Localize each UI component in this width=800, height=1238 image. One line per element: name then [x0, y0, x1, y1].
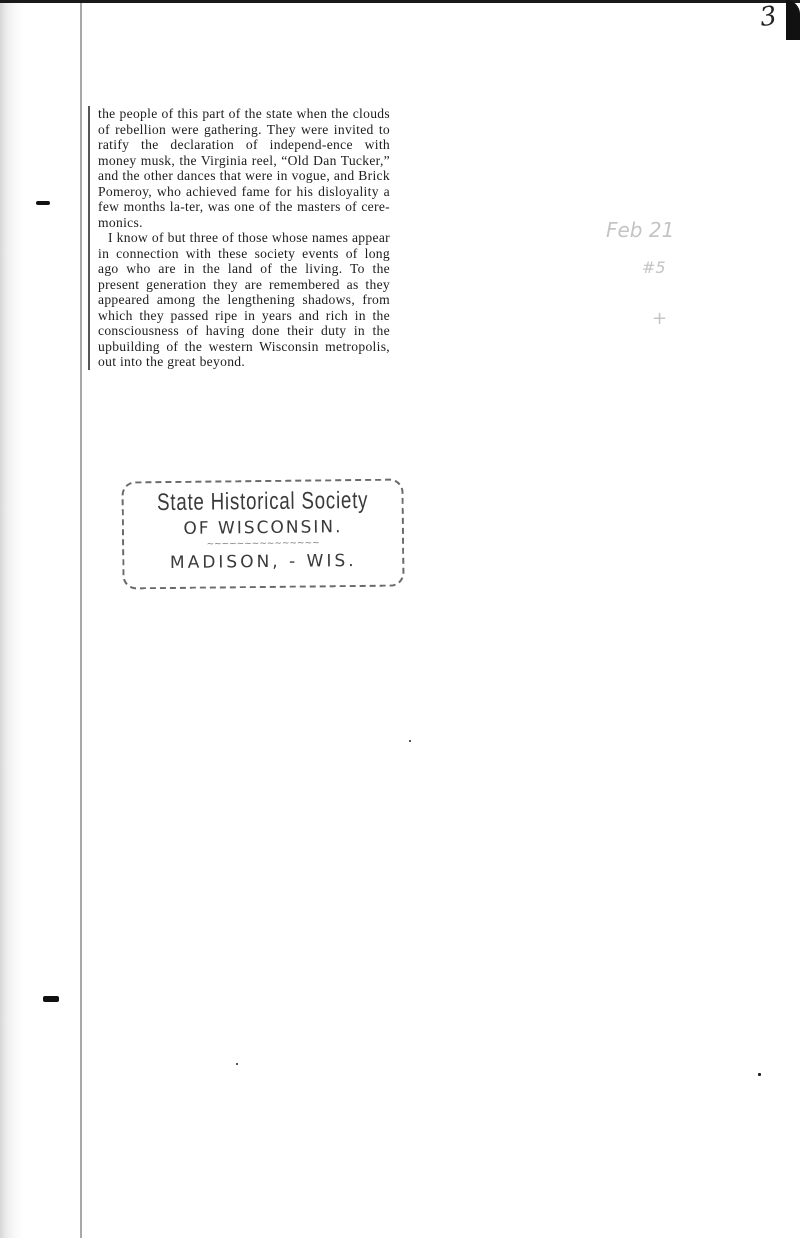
scan-speck — [758, 1073, 761, 1076]
article-paragraph-2: I know of but three of those whose names… — [98, 230, 390, 370]
scan-speck — [409, 740, 411, 742]
stamp-state: OF WISCONSIN. — [124, 517, 402, 540]
stamp-city: MADISON, - WIS. — [124, 551, 402, 574]
pencil-note-number: #5 — [642, 258, 666, 277]
article-paragraph-1: the people of this part of the state whe… — [98, 106, 390, 230]
binding-gutter-line — [80, 3, 82, 1238]
pencil-note-mark: + — [652, 308, 667, 329]
binding-clip-mark-top — [36, 201, 50, 205]
stamp-society-name: State Historical Society — [154, 487, 371, 517]
scan-top-border — [0, 0, 800, 3]
pencil-note-date: Feb 21 — [606, 218, 674, 242]
page-corner-shadow — [786, 0, 800, 40]
scan-speck — [236, 1063, 238, 1065]
handwritten-page-number: 3 — [758, 1, 779, 33]
newspaper-clipping: the people of this part of the state whe… — [88, 106, 390, 370]
stamp-divider: ~~~~~~~~~~~~~~~ — [124, 539, 402, 550]
binding-clip-mark-bottom — [43, 996, 59, 1002]
library-stamp: State Historical Society OF WISCONSIN. ~… — [121, 479, 404, 590]
scan-left-margin — [0, 3, 80, 1238]
